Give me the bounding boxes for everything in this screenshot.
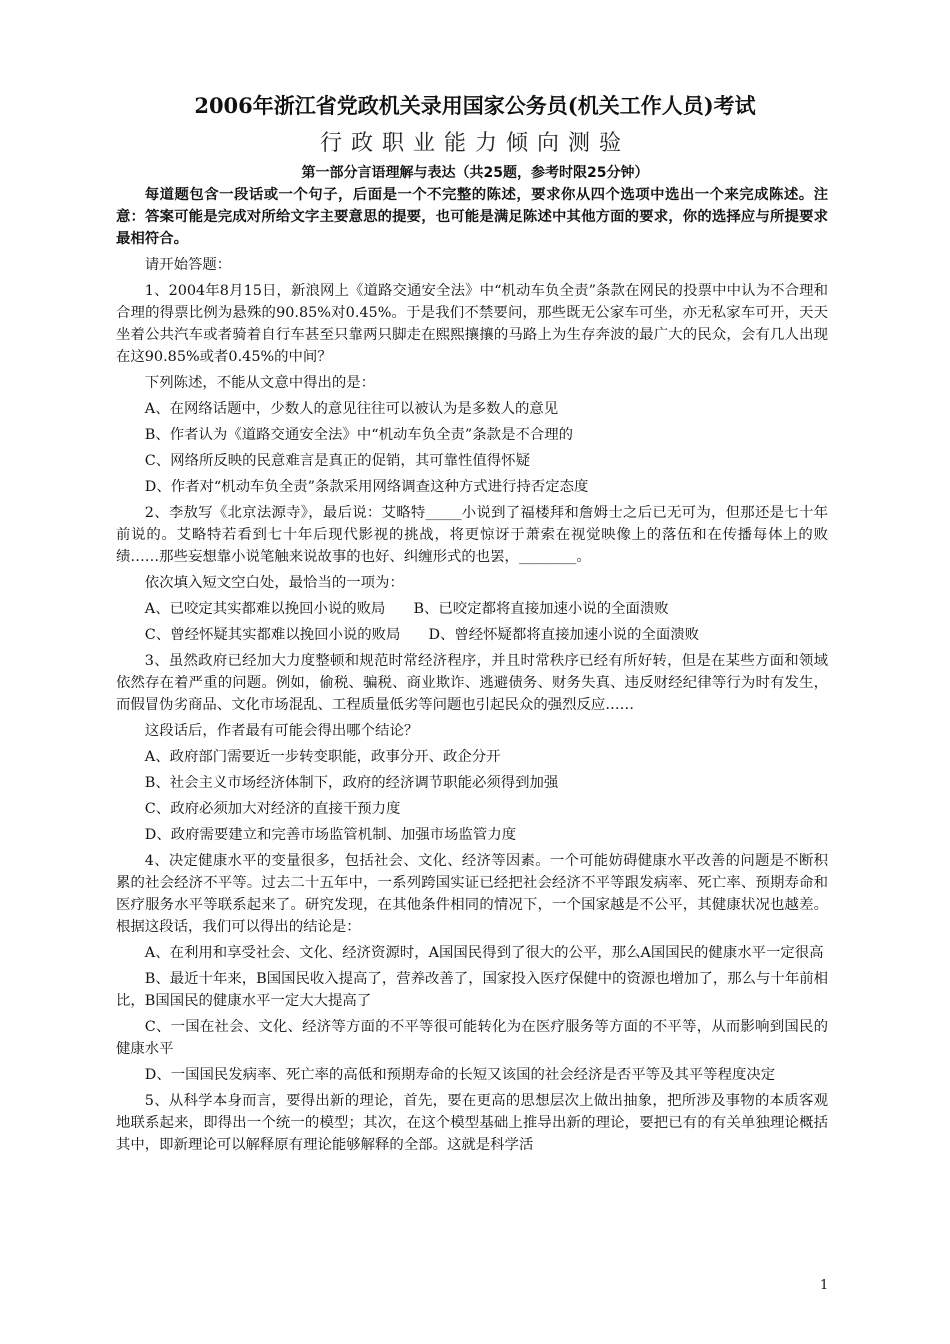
question-3-option-b: B、社会主义市场经济体制下，政府的经济调节职能必须得到加强: [116, 772, 828, 794]
document-page: 2006年浙江省党政机关录用国家公务员(机关工作人员)考试 行政职业能力倾向测验…: [0, 0, 950, 1344]
question-1-prompt: 下列陈述，不能从文意中得出的是：: [116, 372, 828, 394]
question-1-stem: 1、2004年8月15日，新浪网上《道路交通安全法》中“机动车负全责”条款在网民…: [116, 280, 828, 368]
page-number: 1: [820, 1278, 828, 1293]
question-1-option-b: B、作者认为《道路交通安全法》中“机动车负全责”条款是不合理的: [116, 424, 828, 446]
document-body: 每道题包含一段话或一个句子，后面是一个不完整的陈述，要求你从四个选项中选出一个来…: [116, 184, 828, 1160]
question-2-prompt: 依次填入短文空白处，最恰当的一项为：: [116, 572, 828, 594]
question-3-option-d: D、政府需要建立和完善市场监管机制、加强市场监管力度: [116, 824, 828, 846]
document-subtitle: 行政职业能力倾向测验: [0, 126, 950, 157]
question-4-option-b: B、最近十年来，B国国民收入提高了，营养改善了，国家投入医疗保健中的资源也增加了…: [116, 968, 828, 1012]
document-title: 2006年浙江省党政机关录用国家公务员(机关工作人员)考试: [0, 90, 950, 120]
question-2-stem: 2、李敖写《北京法源寺》，最后说：艾略特_____小说到了福楼拜和詹姆士之后已无…: [116, 502, 828, 568]
question-4-option-c: C、一国在社会、文化、经济等方面的不平等很可能转化为在医疗服务等方面的不平等，从…: [116, 1016, 828, 1060]
question-2-options-row-1: A、已咬定其实都难以挽回小说的败局B、已咬定都将直接加速小说的全面溃败: [116, 598, 828, 620]
question-5-stem: 5、从科学本身而言，要得出新的理论，首先，要在更高的思想层次上做出抽象，把所涉及…: [116, 1090, 828, 1156]
question-3-stem: 3、虽然政府已经加大力度整顿和规范时常经济程序，并且时常秩序已经有所好转，但是在…: [116, 650, 828, 716]
question-1-option-d: D、作者对“机动车负全责”条款采用网络调查这种方式进行持否定态度: [116, 476, 828, 498]
question-1-option-c: C、网络所反映的民意难言是真正的促销，其可靠性值得怀疑: [116, 450, 828, 472]
instructions: 每道题包含一段话或一个句子，后面是一个不完整的陈述，要求你从四个选项中选出一个来…: [116, 184, 828, 250]
question-4-option-a: A、在利用和享受社会、文化、经济资源时，A国国民得到了很大的公平，那么A国国民的…: [116, 942, 828, 964]
question-2-options-row-2: C、曾经怀疑其实都难以挽回小说的败局D、曾经怀疑都将直接加速小说的全面溃败: [116, 624, 828, 646]
question-3-option-c: C、政府必须加大对经济的直接干预力度: [116, 798, 828, 820]
question-2-option-b: B、已咬定都将直接加速小说的全面溃败: [413, 601, 668, 617]
question-2-option-c: C、曾经怀疑其实都难以挽回小说的败局: [145, 627, 401, 643]
question-4-stem: 4、决定健康水平的变量很多，包括社会、文化、经济等因素。一个可能妨碍健康水平改善…: [116, 850, 828, 938]
question-1-option-a: A、在网络话题中，少数人的意见往往可以被认为是多数人的意见: [116, 398, 828, 420]
section-heading: 第一部分言语理解与表达（共25题，参考时限25分钟）: [0, 162, 950, 182]
question-3-prompt: 这段话后，作者最有可能会得出哪个结论？: [116, 720, 828, 742]
question-2-option-a: A、已咬定其实都难以挽回小说的败局: [145, 601, 386, 617]
question-2-option-d: D、曾经怀疑都将直接加速小说的全面溃败: [428, 627, 699, 643]
question-4-option-d: D、一国国民发病率、死亡率的高低和预期寿命的长短又该国的社会经济是否平等及其平等…: [116, 1064, 828, 1086]
start-prompt: 请开始答题：: [116, 254, 828, 276]
question-3-option-a: A、政府部门需要近一步转变职能，政事分开、政企分开: [116, 746, 828, 768]
